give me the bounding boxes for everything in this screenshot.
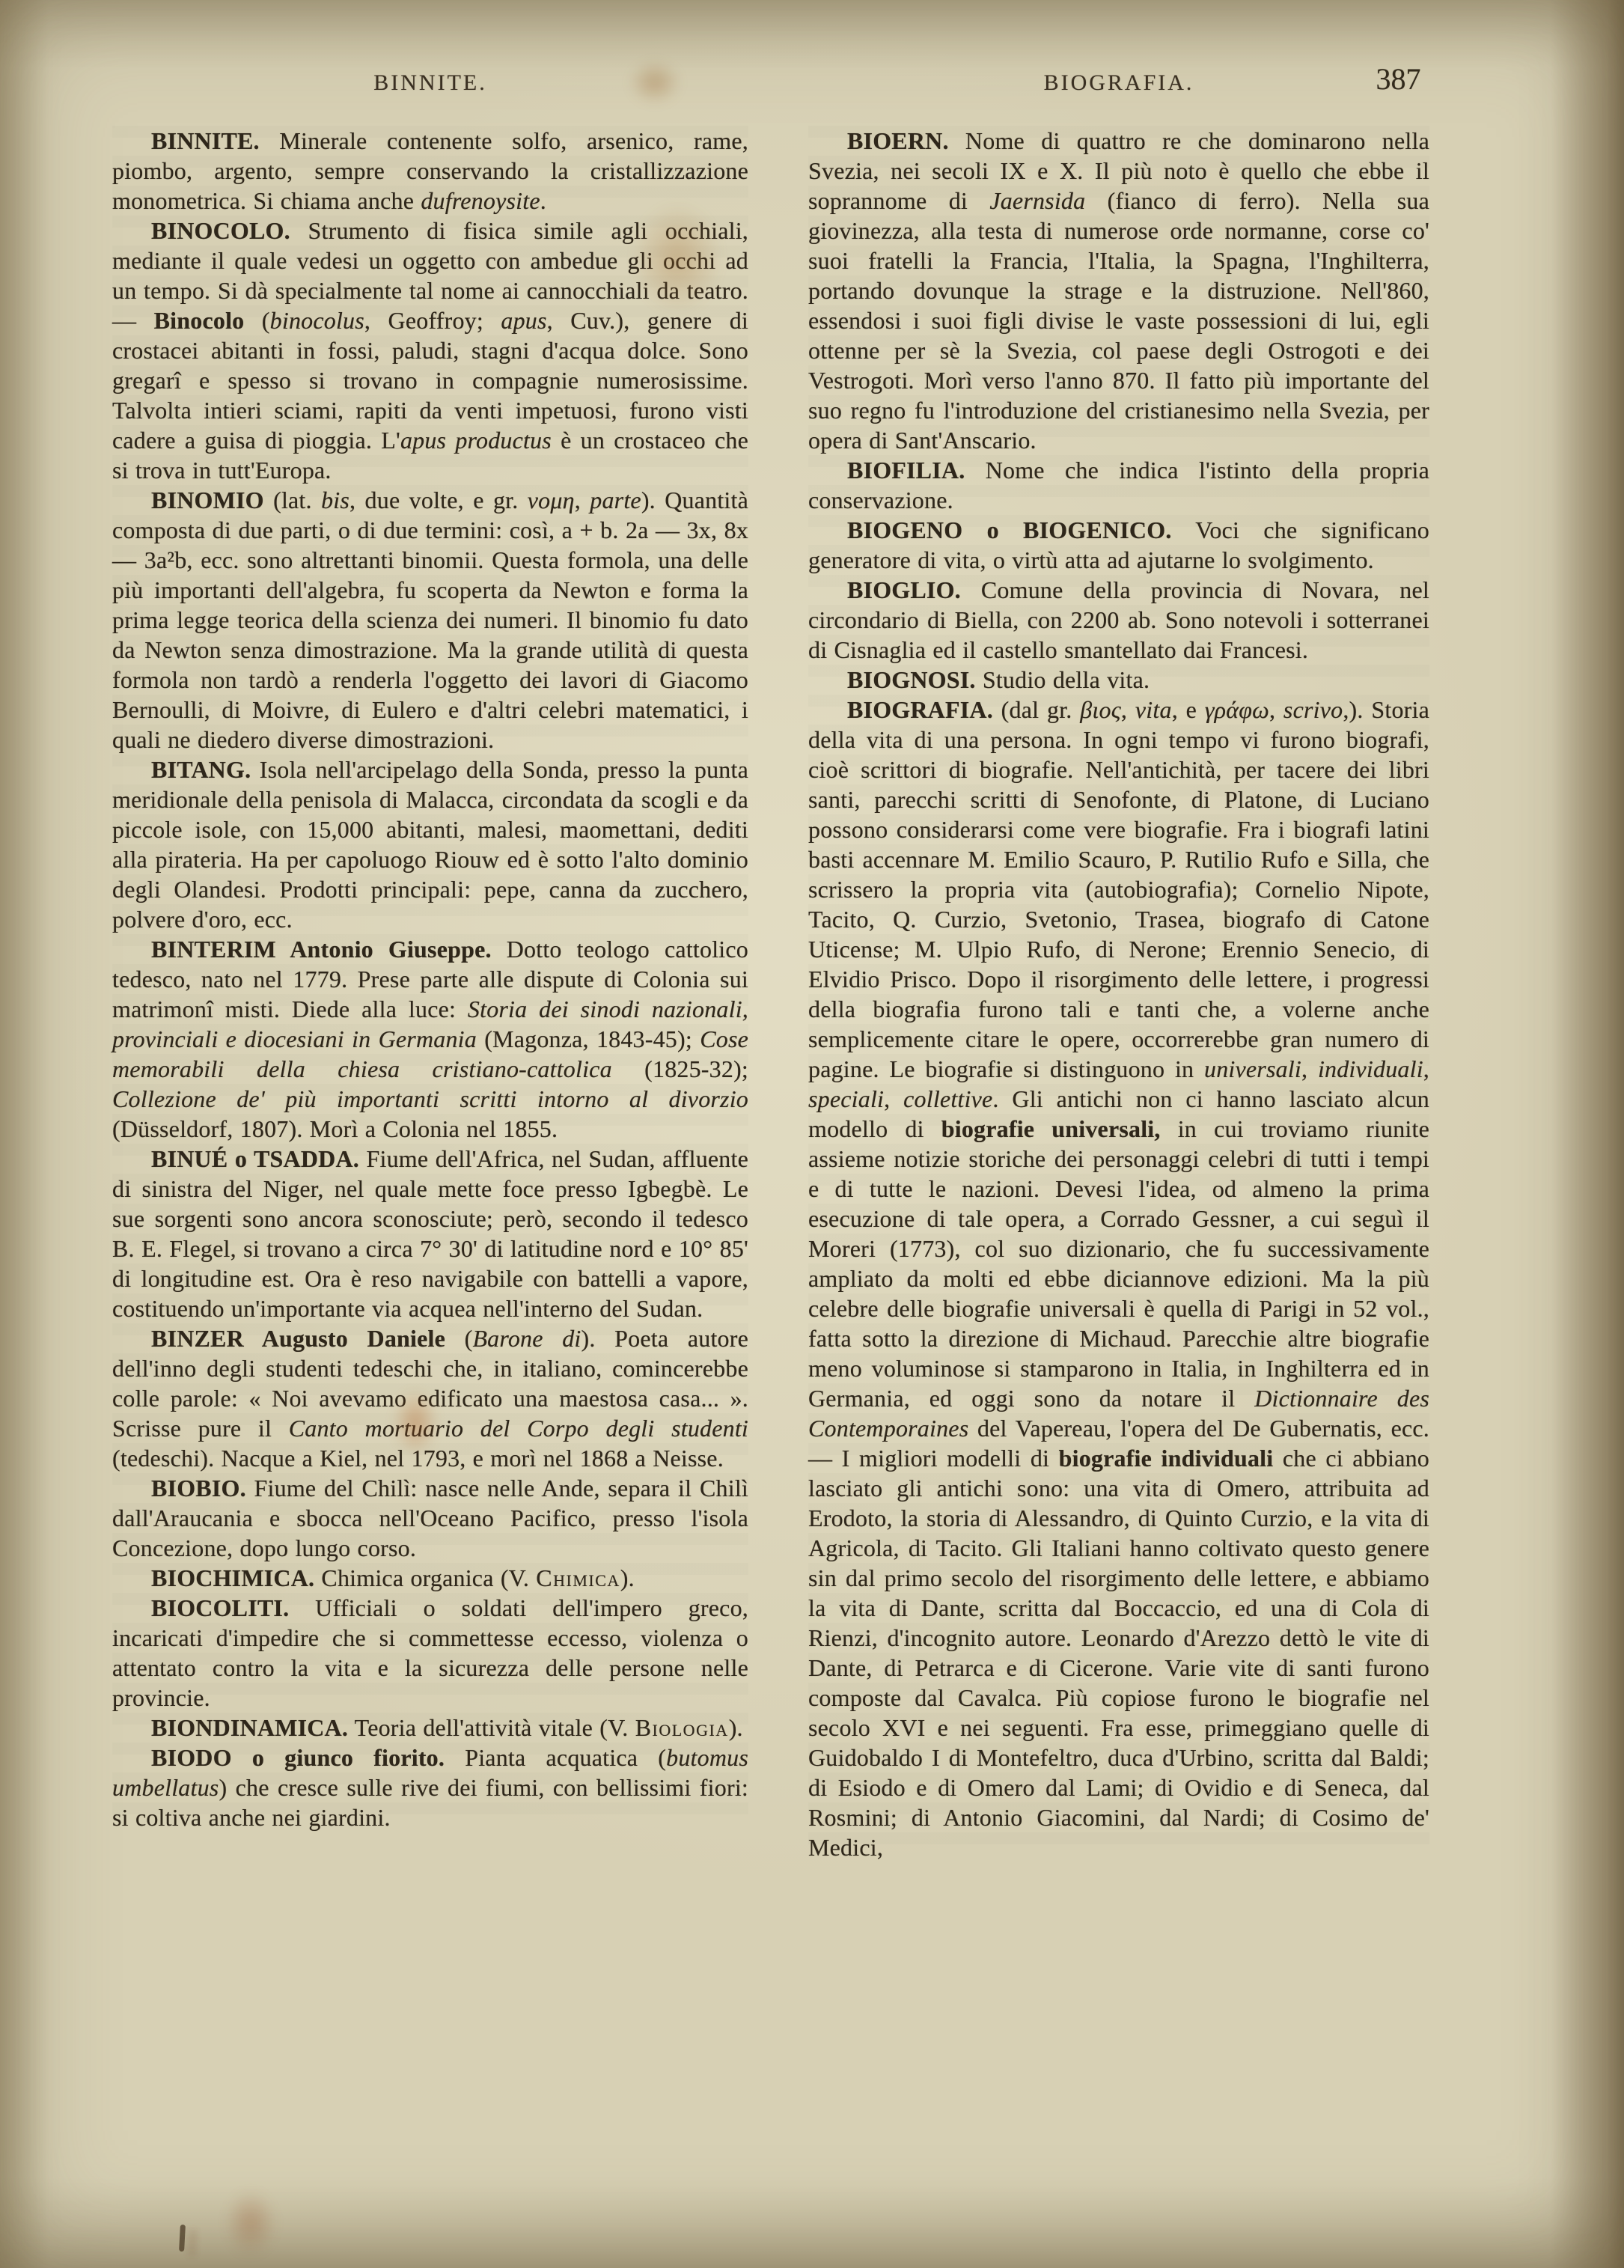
entry-binterim-text: (Düsseldorf, 1807). Morì a Colonia nel 1… — [112, 1115, 558, 1142]
entry-binomio-text: bis — [321, 487, 349, 513]
entry-binomio-text: BINOMIO — [151, 487, 264, 513]
entry-binterim-text: (Magonza, 1843-45); — [477, 1025, 700, 1052]
entry-biografia-text: vita — [1135, 696, 1172, 723]
entry-biofilia-text: BIOFILIA. — [847, 457, 965, 484]
entry-biochimica-text: ). — [620, 1564, 635, 1591]
entry-bioern-text: Jaernsida — [989, 187, 1085, 214]
entry-binzer-text: BINZER Augusto Daniele — [151, 1325, 445, 1352]
entry-biodo: BIODO o giunco fiorito. Pianta acquatica… — [112, 1743, 748, 1832]
entry-biografia-text: ,). Storia della vita di una persona. In… — [808, 696, 1429, 1082]
entry-biondinamica-text: Teoria dell'attività vitale (V. — [348, 1714, 635, 1741]
entry-biondinamica-text: Biologia — [635, 1714, 729, 1741]
entry-binomio-text: (lat. — [264, 487, 321, 513]
entry-biobio: BIOBIO. Fiume del Chilì: nasce nelle And… — [112, 1473, 748, 1563]
entry-binnite: BINNITE. Minerale contenente solfo, arse… — [112, 126, 748, 216]
entry-biocoliti: BIOCOLITI. Ufficiali o soldati dell'impe… — [112, 1593, 748, 1713]
entry-biodo-text: BIODO o giunco fiorito. — [151, 1744, 445, 1771]
entry-biografia-text: , — [884, 1085, 903, 1112]
scanned-dictionary-page: BINNITE. BIOGRAFIA. 387 BINNITE. Mineral… — [0, 0, 1624, 2268]
entry-binterim: BINTERIM Antonio Giuseppe. Dotto teologo… — [112, 934, 748, 1144]
entry-biografia-text: biografie individuali — [1059, 1445, 1274, 1472]
entry-biografia-text: , e — [1172, 696, 1205, 723]
ink-smudge — [179, 2225, 186, 2252]
entry-biofilia: BIOFILIA. Nome che indica l'istinto dell… — [808, 455, 1429, 515]
entry-bioern-text: (fianco di ferro). Nella sua giovinezza,… — [808, 187, 1429, 454]
entry-binterim-text: (1825-32); — [612, 1055, 748, 1082]
entry-biografia-text: in cui troviamo riunite assieme notizie … — [808, 1115, 1429, 1412]
entry-biochimica-text: Chimica — [536, 1564, 620, 1591]
entry-biografia: BIOGRAFIA. (dal gr. βιος, vita, e γράφω,… — [808, 695, 1429, 1862]
entry-binocolo-text: ( — [244, 307, 269, 334]
entry-bioglio-text: BIOGLIO. — [847, 576, 961, 603]
entry-biognosi-text: Studio della vita. — [976, 666, 1150, 693]
entry-bioern: BIOERN. Nome di quattro re che dominaron… — [808, 126, 1429, 455]
paper-stain — [225, 2189, 277, 2257]
entry-bitang: BITANG. Isola nell'arcipelago della Sond… — [112, 755, 748, 934]
entry-bitang-text: BITANG. — [151, 756, 251, 783]
entry-biografia-text: , — [1423, 1055, 1429, 1082]
entry-biochimica-text: BIOCHIMICA. — [151, 1564, 314, 1591]
column-left: BINNITE. Minerale contenente solfo, arse… — [112, 126, 748, 1832]
entry-binocolo-text: , Geoffroy; — [364, 307, 501, 334]
entry-biochimica-text: Chimica organica (V. — [314, 1564, 536, 1591]
entry-binomio-text: ). Quantità composta di due parti, o di … — [112, 487, 748, 753]
entry-binocolo-text: BINOCOLO. — [151, 217, 290, 244]
entry-biografia-text: , — [1121, 696, 1135, 723]
entry-biondinamica: BIONDINAMICA. Teoria dell'attività vital… — [112, 1713, 748, 1743]
entry-biondinamica-text: ). — [729, 1714, 743, 1741]
entry-binzer: BINZER Augusto Daniele (Barone di). Poet… — [112, 1323, 748, 1473]
page-number: 387 — [1352, 61, 1445, 97]
entry-bioern-text: BIOERN. — [847, 127, 949, 154]
running-head-left: BINNITE. — [112, 70, 748, 96]
entry-biografia-text: biografie universali, — [941, 1115, 1161, 1142]
entry-binterim-text: BINTERIM Antonio Giuseppe. — [151, 936, 492, 963]
entry-binnite-text: dufrenoysite — [421, 187, 540, 214]
entry-binue-text: BINUÉ o TSADDA. — [151, 1145, 359, 1172]
entry-binocolo-text: binocolus — [270, 307, 364, 334]
entry-biografia-text: speciali — [808, 1085, 884, 1112]
column-right: BIOERN. Nome di quattro re che dominaron… — [808, 126, 1429, 1862]
entry-biografia-text: scrivo — [1283, 696, 1343, 723]
entry-biografia-text: individuali — [1318, 1055, 1423, 1082]
entry-biografia-text: che ci abbiano lasciato gli antichi sono… — [808, 1445, 1429, 1861]
entry-binnite-text: . — [540, 187, 546, 214]
entry-biografia-text: , — [1269, 696, 1283, 723]
entry-binue: BINUÉ o TSADDA. Fiume dell'Africa, nel S… — [112, 1144, 748, 1323]
entry-bioglio: BIOGLIO. Comune della provincia di Novar… — [808, 575, 1429, 665]
entry-binomio-text: parte — [590, 487, 641, 513]
running-head-right: BIOGRAFIA. — [808, 70, 1429, 96]
entry-binzer-text: Barone di — [472, 1325, 581, 1352]
entry-biografia-text: BIOGRAFIA. — [847, 696, 993, 723]
entry-binzer-text: Canto mortuario del Corpo degli studenti — [289, 1415, 748, 1442]
entry-biografia-text: , — [1301, 1055, 1318, 1082]
entry-binocolo-text: apus — [501, 307, 546, 334]
entry-binomio-text: νομη — [528, 487, 575, 513]
entry-biogeno: BIOGENO o BIOGENICO. Voci che significan… — [808, 515, 1429, 575]
entry-biognosi-text: BIOGNOSI. — [847, 666, 976, 693]
entry-binocolo-text: apus productus — [400, 427, 552, 454]
entry-binomio-text: , due volte, e gr. — [349, 487, 528, 513]
entry-binnite-text: BINNITE. — [151, 127, 260, 154]
entry-binomio: BINOMIO (lat. bis, due volte, e gr. νομη… — [112, 485, 748, 755]
entry-biondinamica-text: BIONDINAMICA. — [151, 1714, 348, 1741]
entry-binzer-text: (tedeschi). Nacque a Kiel, nel 1793, e m… — [112, 1445, 724, 1472]
entry-binocolo-text: Binocolo — [154, 307, 245, 334]
entry-biognosi: BIOGNOSI. Studio della vita. — [808, 665, 1429, 695]
entry-biografia-text: (dal gr. — [993, 696, 1080, 723]
entry-binterim-text: Collezione de' più importanti scritti in… — [112, 1085, 748, 1112]
entry-binocolo: BINOCOLO. Strumento di fisica simile agl… — [112, 216, 748, 485]
entry-biogeno-text: BIOGENO o BIOGENICO. — [847, 516, 1172, 543]
entry-biografia-text: γράφω — [1205, 696, 1269, 723]
entry-biografia-text: βιος — [1080, 696, 1121, 723]
entry-biobio-text: BIOBIO. — [151, 1475, 246, 1502]
entry-binomio-text: , — [575, 487, 590, 513]
entry-binzer-text: ( — [445, 1325, 472, 1352]
entry-biografia-text: universali — [1204, 1055, 1301, 1082]
entry-biocoliti-text: BIOCOLITI. — [151, 1594, 289, 1621]
entry-biodo-text: Pianta acquatica ( — [445, 1744, 666, 1771]
entry-biochimica: BIOCHIMICA. Chimica organica (V. Chimica… — [112, 1563, 748, 1593]
entry-biografia-text: collettive — [903, 1085, 992, 1112]
